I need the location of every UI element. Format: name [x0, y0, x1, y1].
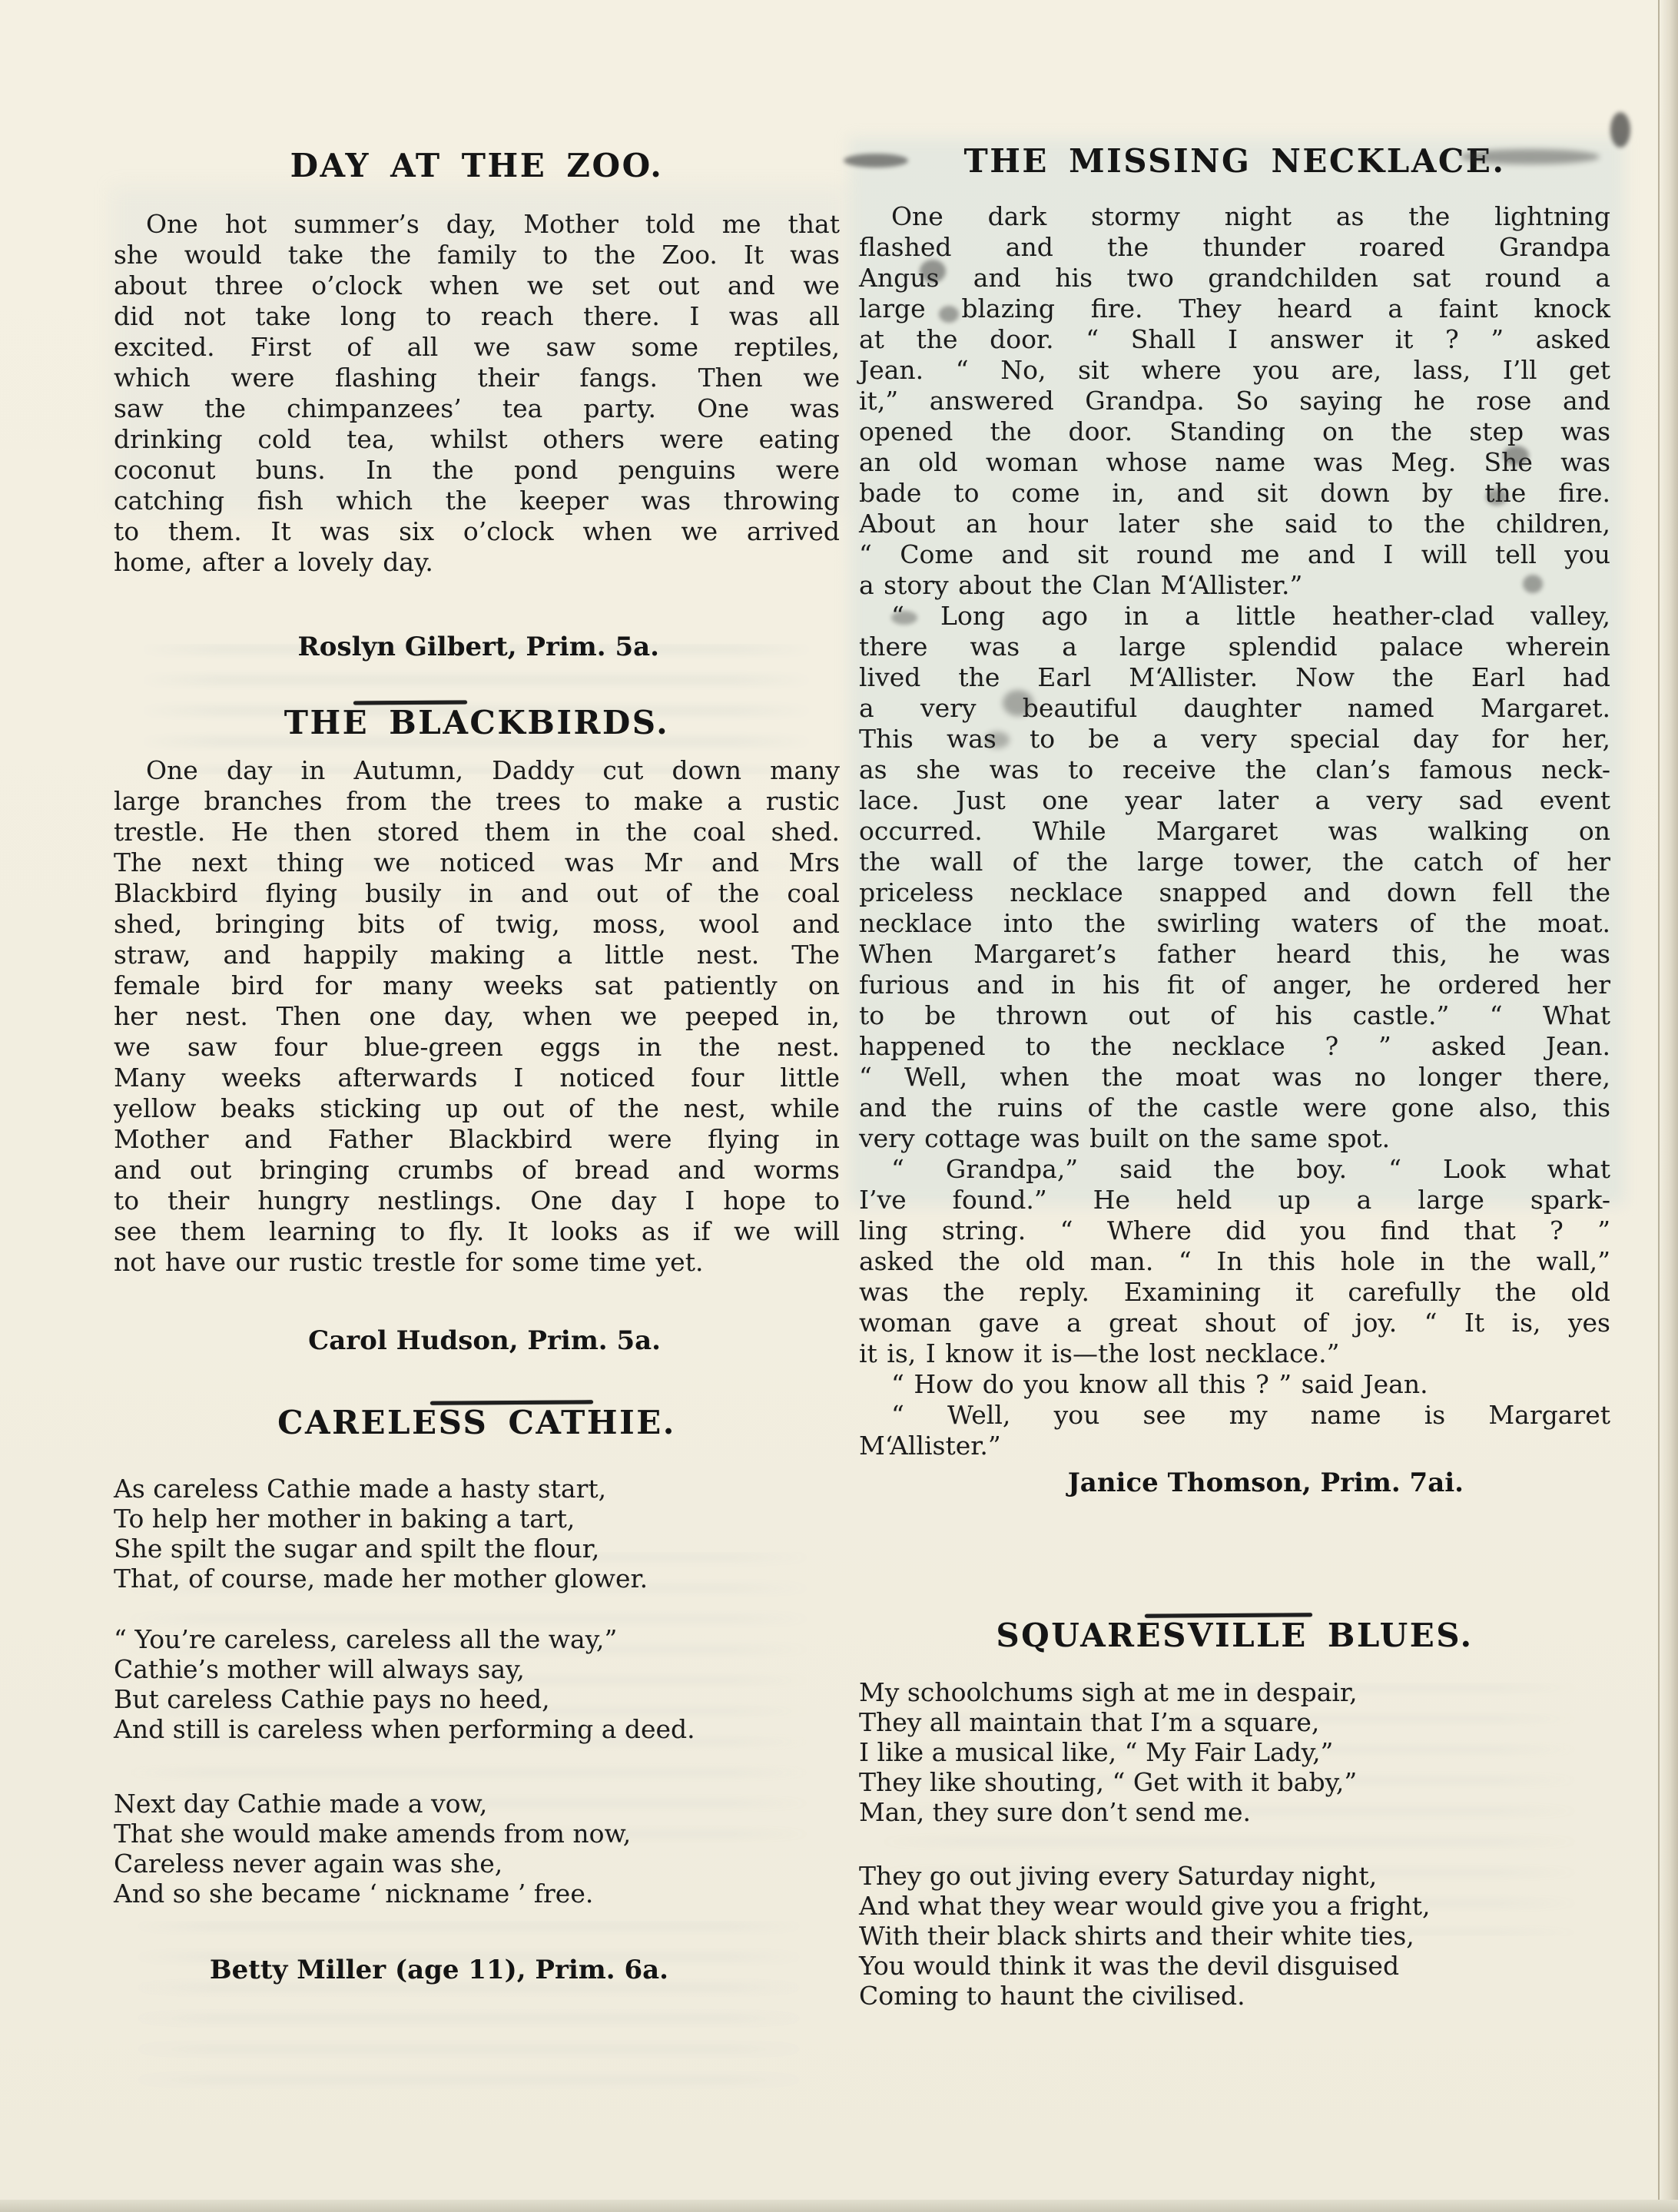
text-line: lace. Just one year later a very sad eve…	[859, 785, 1610, 816]
text-line: About an hour later she said to the chil…	[859, 509, 1610, 539]
text-line: and the ruins of the castle were gone al…	[859, 1093, 1610, 1123]
poem-stanza: They go out jiving every Saturday night,…	[859, 1861, 1610, 2011]
text-line: a story about the Clan M‘Allister.”	[859, 570, 1610, 601]
text-line: drinking cold tea, whilst others were ea…	[114, 424, 840, 455]
magazine-page: DAY AT THE ZOO. One hot summer’s day, Mo…	[0, 0, 1678, 2212]
text-line: When Margaret’s father heard this, he wa…	[859, 939, 1610, 970]
text-line: she would take the family to the Zoo. It…	[114, 240, 840, 270]
text-line: That she would make amends from now,	[114, 1819, 840, 1849]
text-line: Coming to haunt the civilised.	[859, 1981, 1610, 2011]
story-paragraph: One dark stormy night as the lightningfl…	[859, 201, 1610, 601]
text-line: They like shouting, “ Get with it baby,”	[859, 1767, 1610, 1797]
text-line: which were flashing their fangs. Then we	[114, 363, 840, 393]
text-line: woman gave a great shout of joy. “ It is…	[859, 1308, 1610, 1338]
text-line: One day in Autumn, Daddy cut down many	[114, 755, 840, 786]
text-line: M‘Allister.”	[859, 1431, 1610, 1461]
text-line: saw the chimpanzees’ tea party. One was	[114, 393, 840, 424]
text-line: I like a musical like, “ My Fair Lady,”	[859, 1737, 1610, 1767]
text-line: and out bringing crumbs of bread and wor…	[114, 1155, 840, 1186]
right-column: THE MISSING NECKLACE. One dark stormy ni…	[859, 143, 1610, 2011]
text-line: Cathie’s mother will always say,	[114, 1654, 840, 1684]
text-line: “ You’re careless, careless all the way,…	[114, 1624, 840, 1654]
story-paragraph: “ How do you know all this ? ” said Jean…	[859, 1369, 1610, 1400]
text-line: I’ve found.” He held up a large spark-	[859, 1185, 1610, 1215]
text-line: One hot summer’s day, Mother told me tha…	[114, 209, 840, 240]
text-line: That, of course, made her mother glower.	[114, 1564, 840, 1594]
text-line: bade to come in, and sit down by the fir…	[859, 478, 1610, 509]
text-line: her nest. Then one day, when we peeped i…	[114, 1001, 840, 1032]
text-line: did not take long to reach there. I was …	[114, 301, 840, 332]
text-line: priceless necklace snapped and down fell…	[859, 877, 1610, 908]
text-line: as she was to receive the clan’s famous …	[859, 754, 1610, 785]
text-line: The next thing we noticed was Mr and Mrs	[114, 847, 840, 878]
text-line: necklace into the swirling waters of the…	[859, 908, 1610, 939]
story-title: THE BLACKBIRDS.	[114, 705, 840, 741]
text-line: And what they wear would give you a frig…	[859, 1891, 1610, 1921]
text-line: was the reply. Examining it carefully th…	[859, 1277, 1610, 1308]
text-line: occurred. While Margaret was walking on	[859, 816, 1610, 847]
text-line: female bird for many weeks sat patiently…	[114, 970, 840, 1001]
text-line: asked the old man. “ In this hole in the…	[859, 1246, 1610, 1277]
text-line: lived the Earl M‘Allister. Now the Earl …	[859, 662, 1610, 693]
poem-title: CARELESS CATHIE.	[114, 1404, 840, 1441]
text-line: Many weeks afterwards I noticed four lit…	[114, 1063, 840, 1093]
text-line: Next day Cathie made a vow,	[114, 1789, 840, 1819]
story-paragraph: “ Long ago in a little heather-clad vall…	[859, 601, 1610, 1154]
story-paragraph: One hot summer’s day, Mother told me tha…	[114, 209, 840, 578]
text-line: not have our rustic trestle for some tim…	[114, 1247, 840, 1278]
text-line: flashed and the thunder roared Grandpa	[859, 232, 1610, 263]
text-line: trestle. He then stored them in the coal…	[114, 817, 840, 847]
text-line: To help her mother in baking a tart,	[114, 1504, 840, 1534]
text-line: straw, and happily making a little nest.…	[114, 940, 840, 970]
text-line: And so she became ‘ nickname ’ free.	[114, 1879, 840, 1909]
text-line: to their hungry nestlings. One day I hop…	[114, 1186, 840, 1216]
text-line: But careless Cathie pays no heed,	[114, 1684, 840, 1714]
author-byline: Roslyn Gilbert, Prim. 5a.	[114, 630, 840, 664]
ink-blot	[1610, 112, 1630, 148]
text-line: Blackbird flying busily in and out of th…	[114, 878, 840, 909]
story-day-at-the-zoo: DAY AT THE ZOO. One hot summer’s day, Mo…	[114, 148, 840, 664]
left-column: DAY AT THE ZOO. One hot summer’s day, Mo…	[114, 148, 840, 1987]
poem-stanza: “ You’re careless, careless all the way,…	[114, 1624, 840, 1744]
text-line: As careless Cathie made a hasty start,	[114, 1474, 840, 1504]
story-paragraph: One day in Autumn, Daddy cut down manyla…	[114, 755, 840, 1278]
story-title: THE MISSING NECKLACE.	[859, 143, 1610, 180]
poem-careless-cathie: CARELESS CATHIE. As careless Cathie made…	[114, 1404, 840, 1987]
text-line: They go out jiving every Saturday night,	[859, 1861, 1610, 1891]
text-line: we saw four blue-green eggs in the nest.	[114, 1032, 840, 1063]
text-line: an old woman whose name was Meg. She was	[859, 447, 1610, 478]
text-line: My schoolchums sigh at me in despair,	[859, 1677, 1610, 1707]
text-line: it,” answered Grandpa. So saying he rose…	[859, 386, 1610, 416]
scanner-bottom-band	[0, 2200, 1678, 2212]
text-line: see them learning to fly. It looks as if…	[114, 1216, 840, 1247]
poem-stanza: My schoolchums sigh at me in despair,The…	[859, 1677, 1610, 1827]
text-line: “ How do you know all this ? ” said Jean…	[859, 1369, 1610, 1400]
text-line: Man, they sure don’t send me.	[859, 1797, 1610, 1827]
text-line: home, after a lovely day.	[114, 547, 840, 578]
text-line: furious and in his fit of anger, he orde…	[859, 970, 1610, 1000]
poem-stanza: Next day Cathie made a vow,That she woul…	[114, 1789, 840, 1909]
text-line: there was a large splendid palace wherei…	[859, 632, 1610, 662]
text-line: opened the door. Standing on the step wa…	[859, 416, 1610, 447]
text-line: to them. It was six o’clock when we arri…	[114, 516, 840, 547]
text-line: You would think it was the devil disguis…	[859, 1951, 1610, 1981]
text-line: the wall of the large tower, the catch o…	[859, 847, 1610, 877]
text-line: at the door. “ Shall I answer it ? ” ask…	[859, 324, 1610, 355]
text-line: large blazing fire. They heard a faint k…	[859, 293, 1610, 324]
text-line: to be thrown out of his castle.” “ What	[859, 1000, 1610, 1031]
poem-squaresville-blues: SQUARESVILLE BLUES. My schoolchums sigh …	[859, 1617, 1610, 2011]
text-line: Careless never again was she,	[114, 1849, 840, 1879]
text-line: yellow beaks sticking up out of the nest…	[114, 1093, 840, 1124]
text-line: One dark stormy night as the lightning	[859, 201, 1610, 232]
story-title: DAY AT THE ZOO.	[114, 148, 840, 184]
text-line: “ Well, when the moat was no longer ther…	[859, 1062, 1610, 1093]
text-line: “ Long ago in a little heather-clad vall…	[859, 601, 1610, 632]
text-line: happened to the necklace ? ” asked Jean.	[859, 1031, 1610, 1062]
text-line: catching fish which the keeper was throw…	[114, 486, 840, 516]
text-line: it is, I know it is—the lost necklace.”	[859, 1338, 1610, 1369]
text-line: Jean. “ No, sit where you are, lass, I’l…	[859, 355, 1610, 386]
text-line: And still is careless when performing a …	[114, 1714, 840, 1744]
author-byline: Janice Thomson, Prim. 7ai.	[859, 1466, 1610, 1500]
text-line: They all maintain that I’m a square,	[859, 1707, 1610, 1737]
text-line: a very beautiful daughter named Margaret…	[859, 693, 1610, 724]
story-paragraph: “ Grandpa,” said the boy. “ Look whatI’v…	[859, 1154, 1610, 1369]
text-line: “ Well, you see my name is Margaret	[859, 1400, 1610, 1431]
author-byline: Carol Hudson, Prim. 5a.	[114, 1324, 840, 1358]
page-edge-shadow	[1658, 0, 1678, 2212]
text-line: This was to be a very special day for he…	[859, 724, 1610, 754]
text-line: “ Come and sit round me and I will tell …	[859, 539, 1610, 570]
text-line: Angus and his two grandchilden sat round…	[859, 263, 1610, 293]
text-line: coconut buns. In the pond penguins were	[114, 455, 840, 486]
poem-title: SQUARESVILLE BLUES.	[859, 1617, 1610, 1654]
story-paragraph: “ Well, you see my name is MargaretM‘All…	[859, 1400, 1610, 1461]
text-line: shed, bringing bits of twig, moss, wool …	[114, 909, 840, 940]
section-divider	[353, 700, 467, 705]
text-line: She spilt the sugar and spilt the flour,	[114, 1534, 840, 1564]
text-line: Mother and Father Blackbird were flying …	[114, 1124, 840, 1155]
poem-stanza: As careless Cathie made a hasty start,To…	[114, 1474, 840, 1594]
story-the-blackbirds: THE BLACKBIRDS. One day in Autumn, Daddy…	[114, 705, 840, 1358]
text-line: very cottage was built on the same spot.	[859, 1123, 1610, 1154]
text-line: “ Grandpa,” said the boy. “ Look what	[859, 1154, 1610, 1185]
text-line: With their black shirts and their white …	[859, 1921, 1610, 1951]
story-the-missing-necklace: THE MISSING NECKLACE. One dark stormy ni…	[859, 143, 1610, 1500]
text-line: excited. First of all we saw some reptil…	[114, 332, 840, 363]
text-line: large branches from the trees to make a …	[114, 786, 840, 817]
text-line: about three o’clock when we set out and …	[114, 270, 840, 301]
author-byline: Betty Miller (age 11), Prim. 6a.	[114, 1953, 840, 1987]
text-line: ling string. “ Where did you find that ?…	[859, 1215, 1610, 1246]
